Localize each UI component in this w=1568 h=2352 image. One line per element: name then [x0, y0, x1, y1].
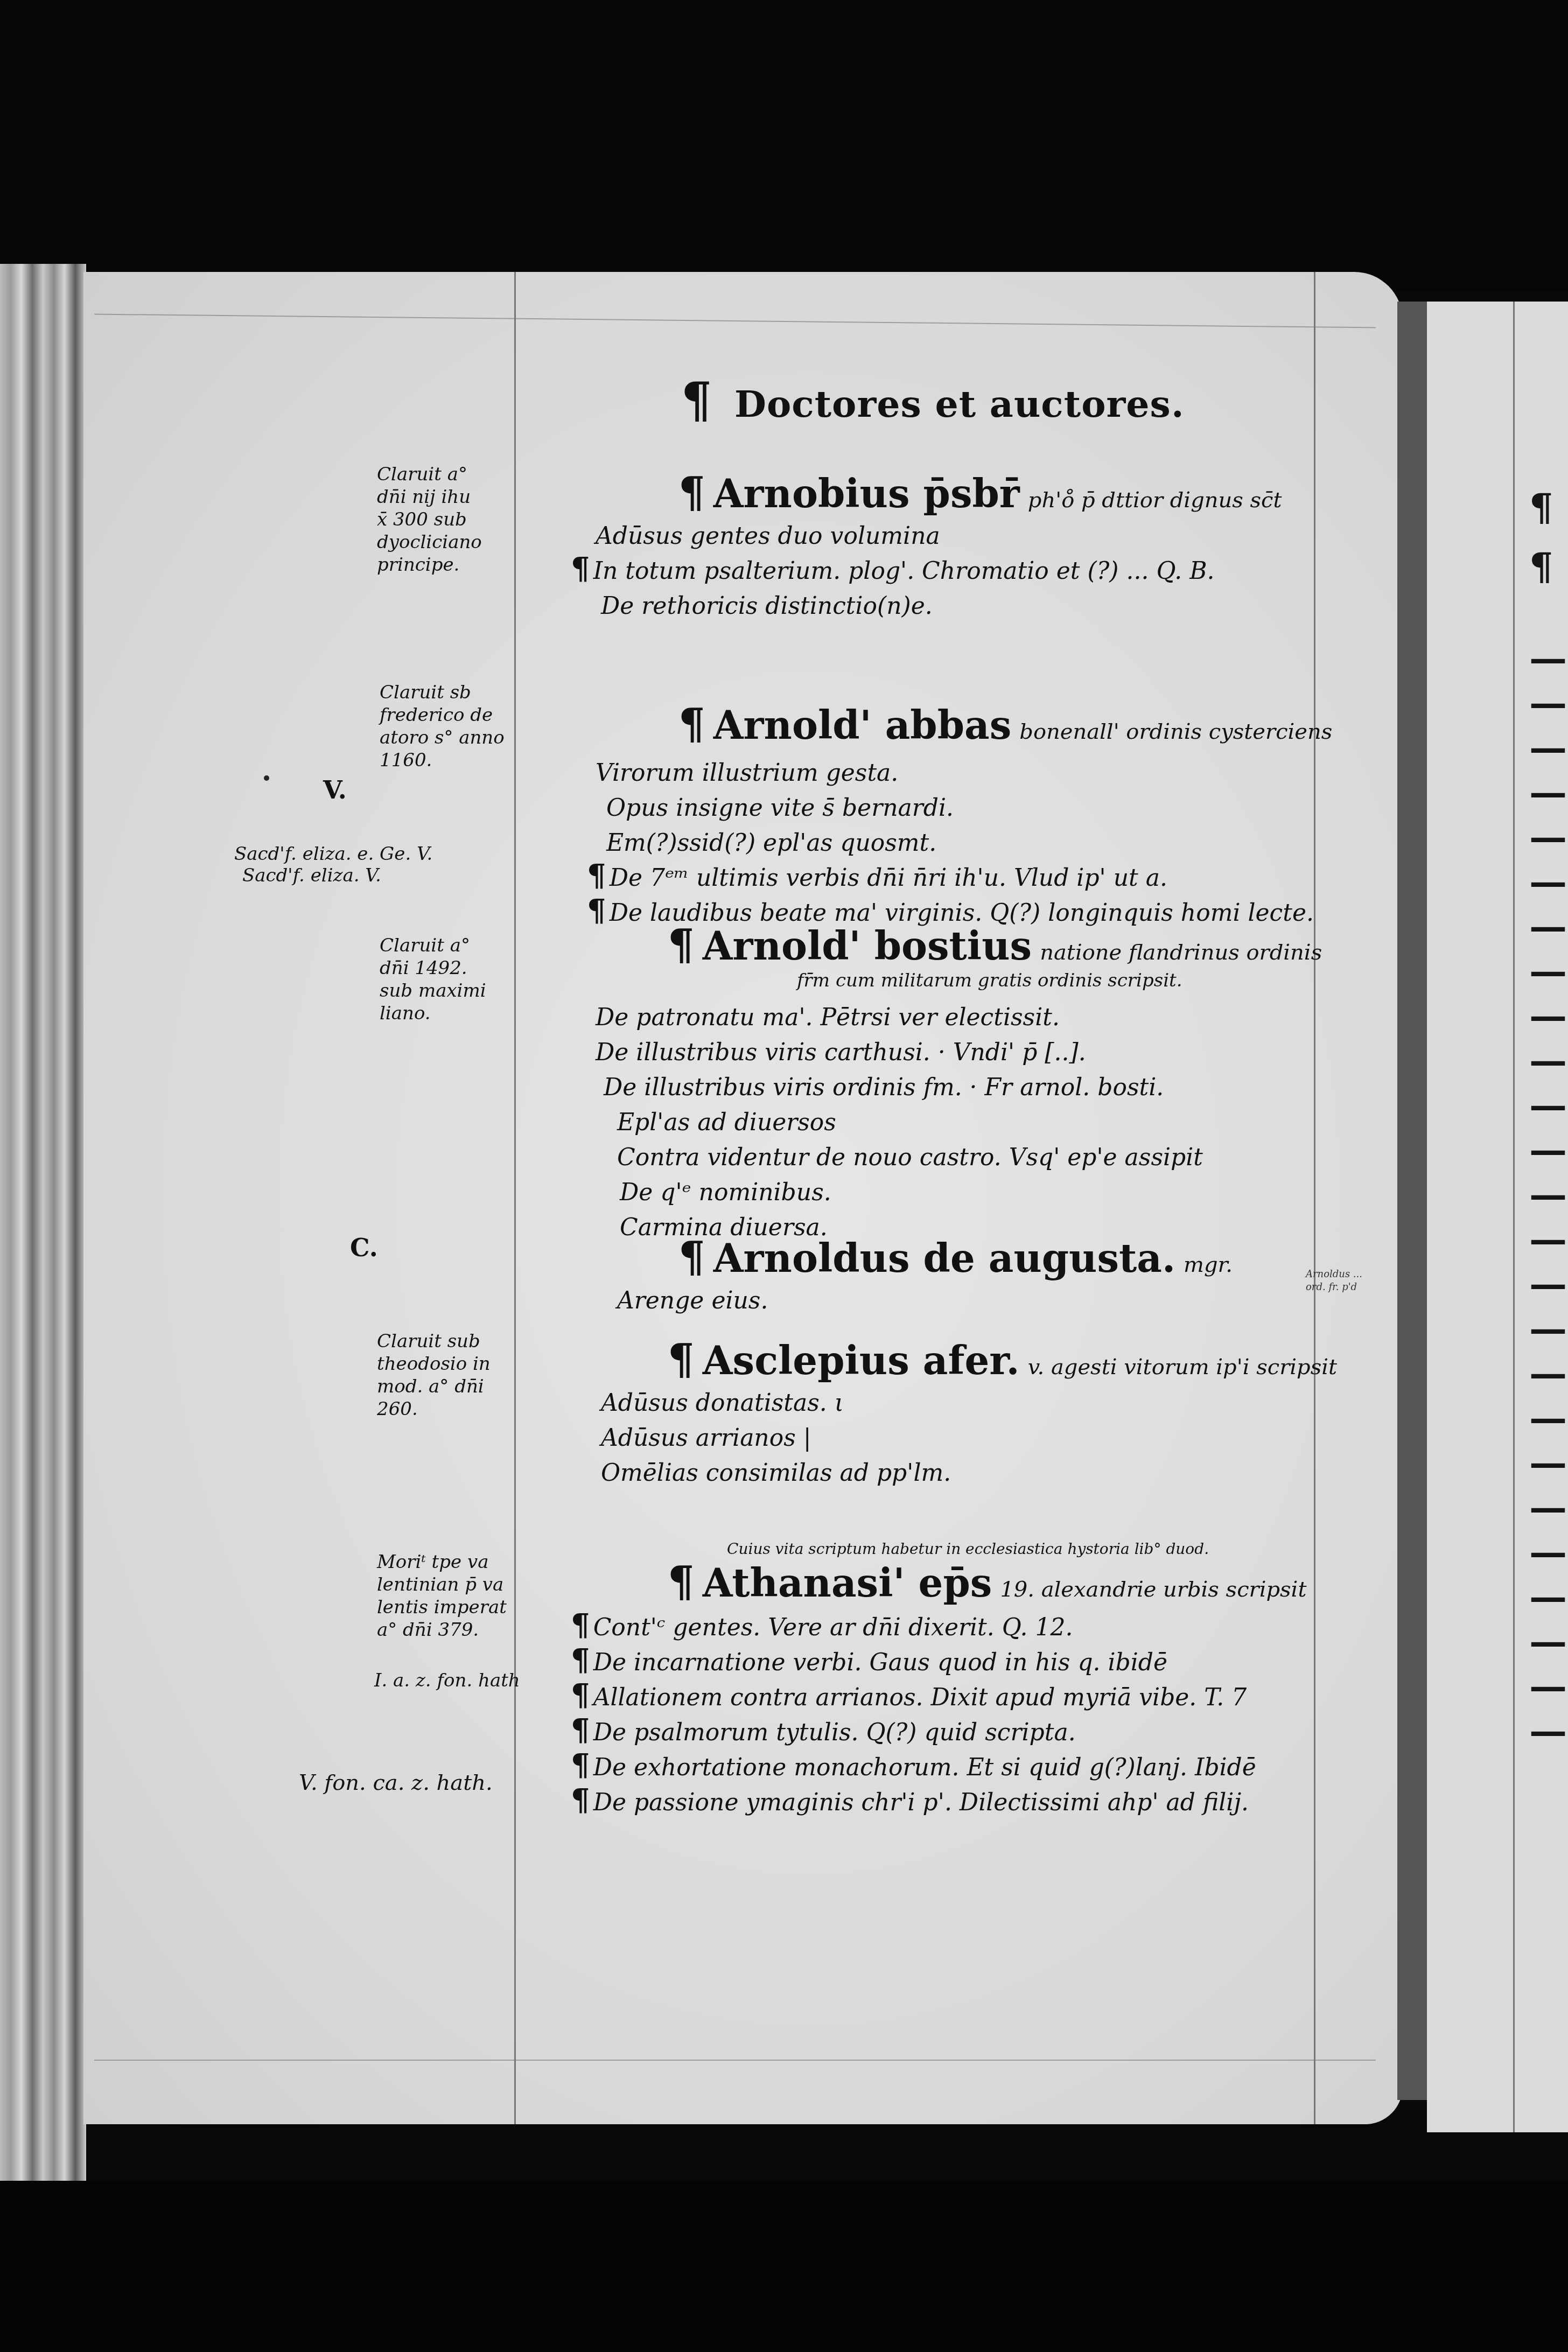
margin-note-date: Moriᵗ tpe va lentinian p̄ va lentis impe…	[377, 1551, 507, 1641]
work-item: ¶De exhortatione monachorum. Et si quid …	[571, 1749, 1306, 1784]
margin-ruling-left	[514, 272, 516, 2124]
right-margin-note: Arnoldus ... ord. fr. p'd	[1306, 1268, 1362, 1294]
work-title: In totum psalterium. plog'. Chromatio et…	[593, 557, 1215, 585]
page-title: Doctores et auctores.	[734, 383, 1185, 426]
work-item: Omēlias consimilas ad pp'lm.	[598, 1454, 1337, 1489]
work-title: Em(?)ssid(?) epl'as quosmt.	[606, 829, 936, 857]
margin-cross-reference: Sacd'f. eliza. V.	[242, 864, 381, 887]
facing-page-pilcrow: ¶	[1529, 485, 1551, 529]
margin-cross-reference: Sacd'f. eliza. e. Ge. V.	[234, 843, 432, 865]
work-title: Omēlias consimilas ad pp'lm.	[601, 1459, 951, 1487]
work-item: Epl'as ad diuersos	[614, 1104, 1322, 1139]
pilcrow-icon: ¶	[587, 858, 606, 893]
work-title: Allationem contra arrianos. Dixit apud m…	[593, 1684, 1247, 1711]
margin-cross-reference: V. fon. ca. z. hath.	[299, 1772, 493, 1794]
work-item: Adūsus arrianos |	[598, 1419, 1337, 1454]
page-gutter	[1397, 302, 1427, 2100]
entry-arnold-bostius: ¶ Arnold' bostius natione flandrinus ord…	[592, 921, 1322, 1244]
work-title: Cont'ᶜ gentes. Vere ar dn̄i dixerit. Q. …	[593, 1614, 1073, 1641]
work-item: Contra videntur de nouo castro. Vsq' ep'…	[614, 1139, 1322, 1174]
work-title: Contra videntur de nouo castro. Vsq' ep'…	[617, 1144, 1203, 1171]
work-item: De patronatu ma'. Pētrsi ver electissit.	[592, 999, 1322, 1034]
entry-name: Arnold' bostius	[703, 923, 1032, 969]
bottom-ruling	[94, 2060, 1376, 2061]
page-header: ¶ Doctores et auctores.	[681, 372, 1185, 429]
scan-background-top	[0, 0, 1568, 291]
entry-description: mgr.	[1184, 1252, 1233, 1277]
entry-name: Arnoldus de augusta.	[713, 1235, 1175, 1281]
margin-note-date: Claruit a° dn̄i 1492. sub maximi liano.	[380, 934, 486, 1025]
work-item: Adūsus donatistas. ι	[598, 1384, 1337, 1419]
work-title: De incarnatione verbi. Gaus quod in his …	[593, 1649, 1167, 1676]
facing-page-pilcrow: ¶	[1529, 544, 1551, 589]
scan-background-bottom	[0, 2181, 1568, 2352]
pilcrow-icon: ¶	[678, 468, 705, 517]
entry-description: 19. alexandrie urbis scripsit	[1000, 1577, 1306, 1602]
work-item: Virorum illustrium gesta.	[592, 754, 1332, 789]
margin-note-date: Claruit a° dn̄i nij ihu x̄ 300 sub dyocl…	[377, 463, 482, 576]
facing-page-text-fragment: —————————————————————————	[1529, 635, 1565, 1753]
work-title: De q'ᵉ nominibus.	[620, 1179, 831, 1206]
works-list: Arenge eius.	[614, 1282, 1233, 1317]
margin-letter: V.	[323, 775, 347, 804]
entry-name: Arnold' abbas	[713, 702, 1012, 748]
work-title: Opus insigne vite s̄ bernardi.	[606, 794, 954, 822]
entry-arnold-abbas: ¶ Arnold' abbas bonenall' ordinis cyster…	[592, 700, 1332, 929]
work-title: Adūsus gentes duo volumina	[596, 522, 940, 550]
work-item: Arenge eius.	[614, 1282, 1233, 1317]
pilcrow-icon: ¶	[668, 1335, 695, 1384]
work-title: De patronatu ma'. Pētrsi ver electissit.	[596, 1004, 1060, 1031]
work-title: Virorum illustrium gesta.	[596, 759, 898, 787]
top-ruling	[94, 314, 1376, 328]
entry-description: natione flandrinus ordinis	[1040, 940, 1322, 965]
entry-arnoldus-de-augusta: ¶ Arnoldus de augusta. mgr. Arenge eius.	[614, 1233, 1233, 1317]
pilcrow-icon: ¶	[571, 1677, 590, 1713]
pilcrow-icon: ¶	[678, 1233, 705, 1282]
work-title: Adūsus donatistas. ι	[601, 1389, 844, 1417]
work-title: Adūsus arrianos |	[601, 1424, 811, 1452]
pilcrow-icon: ¶	[571, 1607, 590, 1643]
work-item: ¶In totum psalterium. plog'. Chromatio e…	[571, 552, 1282, 587]
work-item: ¶De passione ymaginis chr'i p'. Dilectis…	[571, 1784, 1306, 1819]
entry-name: Arnobius p̄sbr̄	[713, 471, 1020, 516]
entry-arnobius: ¶ Arnobius p̄sbr̄ ph'o̊ p̄ dttior dignus…	[592, 468, 1282, 622]
pilcrow-icon: ¶	[571, 1642, 590, 1678]
work-item: ¶Allationem contra arrianos. Dixit apud …	[571, 1679, 1306, 1714]
entry-name: Asclepius afer.	[703, 1338, 1020, 1383]
work-item: ¶De psalmorum tytulis. Q(?) quid scripta…	[571, 1714, 1306, 1749]
work-title: De illustribus viris carthusi. · Vndi' p…	[596, 1039, 1086, 1066]
pilcrow-icon: ¶	[668, 921, 695, 970]
works-list: Adūsus donatistas. ι Adūsus arrianos | O…	[598, 1384, 1337, 1489]
ink-dot	[264, 775, 269, 781]
work-title: De psalmorum tytulis. Q(?) quid scripta.	[593, 1719, 1076, 1746]
entry-description: v. agesti vitorum ip'i scripsit	[1028, 1355, 1337, 1380]
entry-subline: Cuius vita scriptum habetur in ecclesias…	[727, 1540, 1306, 1558]
work-item: ¶De incarnatione verbi. Gaus quod in his…	[571, 1644, 1306, 1679]
pilcrow-icon: ¶	[571, 1712, 590, 1748]
pilcrow-icon: ¶	[571, 1747, 590, 1783]
work-item: Adūsus gentes duo volumina	[592, 517, 1282, 552]
work-item: De q'ᵉ nominibus.	[617, 1174, 1322, 1209]
book-page-edges	[0, 264, 86, 2192]
work-title: De exhortatione monachorum. Et si quid g…	[593, 1754, 1256, 1781]
pilcrow-icon: ¶	[678, 700, 705, 749]
entry-athanasius: Cuius vita scriptum habetur in ecclesias…	[571, 1540, 1306, 1819]
work-title: De rethoricis distinctio(n)e.	[601, 592, 933, 620]
entry-description: ph'o̊ p̄ dttior dignus sc̄t	[1028, 488, 1282, 513]
facing-page-ruling	[1513, 302, 1515, 2132]
pilcrow-icon: ¶	[668, 1558, 695, 1607]
entry-subline: fr̄m cum militarum gratis ordinis scrips…	[797, 970, 1322, 991]
works-list: ¶Cont'ᶜ gentes. Vere ar dn̄i dixerit. Q.…	[571, 1609, 1306, 1819]
entry-name: Athanasi' ep̄s	[703, 1560, 992, 1606]
work-item: Opus insigne vite s̄ bernardi.	[603, 789, 1332, 824]
work-item: De illustribus viris ordinis fm. · Fr ar…	[600, 1069, 1322, 1104]
pilcrow-icon: ¶	[681, 372, 712, 429]
margin-cross-reference: I. a. z. fon. hath	[374, 1669, 520, 1692]
entry-asclepius-afer: ¶ Asclepius afer. v. agesti vitorum ip'i…	[598, 1335, 1337, 1489]
pilcrow-icon: ¶	[571, 1782, 590, 1818]
work-title: Epl'as ad diuersos	[617, 1109, 836, 1136]
work-title: Arenge eius.	[617, 1287, 768, 1314]
work-title: De 7ᵉᵐ ultimis verbis dn̄i n̄ri ih'u. Vl…	[610, 864, 1167, 892]
margin-note-date: Claruit sub theodosio in mod. a° dn̄i 26…	[377, 1330, 491, 1420]
works-list: Adūsus gentes duo volumina ¶In totum psa…	[592, 517, 1282, 622]
works-list: Virorum illustrium gesta. Opus insigne v…	[592, 754, 1332, 929]
work-item: ¶Cont'ᶜ gentes. Vere ar dn̄i dixerit. Q.…	[571, 1609, 1306, 1644]
margin-note-date: Claruit sb frederico de atoro s° anno 11…	[380, 681, 505, 772]
entry-description: bonenall' ordinis cysterciens	[1019, 719, 1332, 744]
facing-page-edge: ¶ ¶ —————————————————————————	[1427, 302, 1568, 2132]
work-item: De illustribus viris carthusi. · Vndi' p…	[592, 1034, 1322, 1069]
work-item: Em(?)ssid(?) epl'as quosmt.	[603, 824, 1332, 859]
work-title: De passione ymaginis chr'i p'. Dilectiss…	[593, 1789, 1249, 1816]
work-item: ¶De 7ᵉᵐ ultimis verbis dn̄i n̄ri ih'u. V…	[587, 859, 1332, 894]
pilcrow-icon: ¶	[571, 551, 590, 586]
work-item: De rethoricis distinctio(n)e.	[598, 587, 1282, 622]
work-title: De illustribus viris ordinis fm. · Fr ar…	[604, 1074, 1164, 1101]
works-list: De patronatu ma'. Pētrsi ver electissit.…	[592, 999, 1322, 1244]
margin-letter: C.	[350, 1233, 378, 1262]
